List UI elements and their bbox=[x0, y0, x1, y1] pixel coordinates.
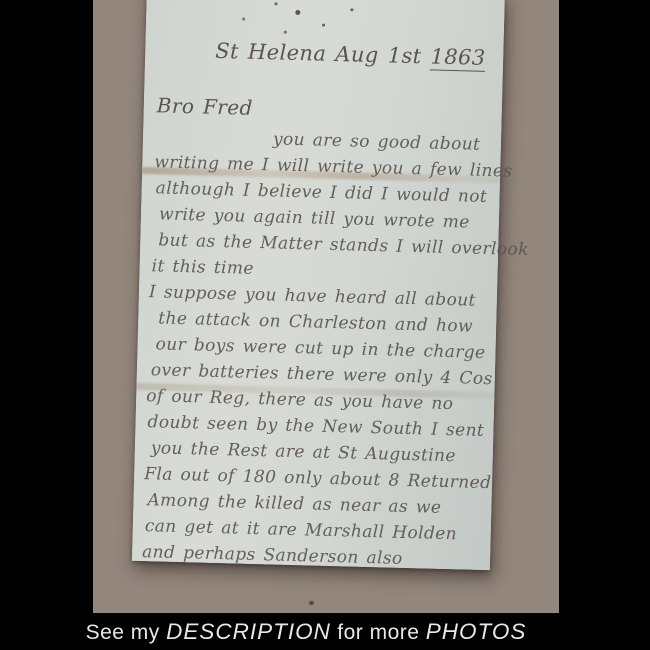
letter-body: you are so good aboutwriting me I will w… bbox=[142, 123, 497, 574]
banner-regular-text: for more bbox=[331, 621, 426, 645]
caption-banner-text: See my DESCRIPTION for more PHOTOS bbox=[86, 619, 527, 645]
letter-date-prefix: St Helena Aug 1st bbox=[215, 39, 431, 69]
letter-date-year: 1863 bbox=[430, 44, 486, 71]
letter-date-line: St Helena Aug 1st 1863 bbox=[215, 39, 486, 70]
background-speck bbox=[309, 601, 314, 605]
banner-regular-text: See my bbox=[86, 621, 167, 645]
listing-photo-frame: St Helena Aug 1st 1863 Bro Fred you are … bbox=[0, 0, 650, 650]
caption-banner: See my DESCRIPTION for more PHOTOS bbox=[0, 613, 650, 650]
letter-paper: St Helena Aug 1st 1863 Bro Fred you are … bbox=[132, 0, 505, 570]
banner-emphasis-text: PHOTOS bbox=[426, 619, 527, 645]
banner-emphasis-text: DESCRIPTION bbox=[166, 619, 331, 645]
letter-photograph: St Helena Aug 1st 1863 Bro Fred you are … bbox=[93, 0, 559, 613]
letter-salutation: Bro Fred bbox=[157, 93, 254, 120]
